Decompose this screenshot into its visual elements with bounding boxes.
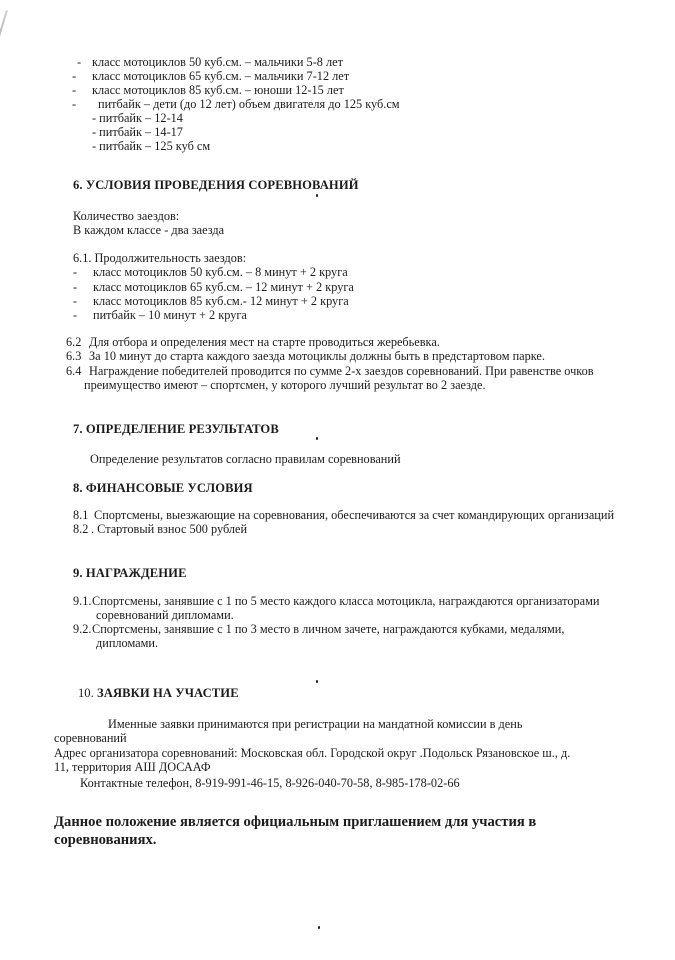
list-item: питбайк – дети (до 12 лет) объем двигате… [98,97,400,112]
list-item: класс мотоциклов 85 куб.см. – юноши 12-1… [92,83,344,98]
paragraph-text: дипломами. [96,636,158,651]
list-bullet: - [73,280,77,295]
section-heading: ЗАЯВКИ НА УЧАСТИЕ [97,686,239,701]
scan-pen-mark [0,10,8,68]
organizer-address: Адрес организатора соревнований: Московс… [54,746,570,761]
paragraph-number: 6.4 [66,364,81,379]
list-item: класс мотоциклов 50 куб.см. – мальчики 5… [92,55,343,70]
list-bullet: - [73,308,77,323]
closing-line: соревнованиях. [54,831,156,849]
list-subitem: - питбайк – 125 куб см [92,139,210,154]
list-item: класс мотоциклов 85 куб.см.- 12 минут + … [93,294,349,309]
paragraph-number: 9.1. [73,594,91,609]
list-subitem: - питбайк – 12-14 [92,111,183,126]
section-heading: 7. ОПРЕДЕЛЕНИЕ РЕЗУЛЬТАТОВ [73,422,279,437]
paragraph-number: 9.2. [73,622,91,637]
paragraph-number: 8.2 [73,522,88,537]
heats-label: Количество заездов: [73,209,179,224]
list-bullet: - [73,265,77,280]
paragraph-text: Спортсмены, выезжающие на соревнования, … [94,508,614,523]
list-item: класс мотоциклов 65 куб.см. – мальчики 7… [92,69,349,84]
paragraph-number: 6.2 [66,335,81,350]
contact-phones: Контактные телефон, 8-919-991-46-15, 8-9… [80,776,460,791]
paragraph-number: 6.3 [66,349,81,364]
closing-line: Данное положение является официальным пр… [54,813,536,831]
scan-speck [316,194,318,197]
paragraph-text: . Стартовый взнос 500 рублей [91,522,247,537]
scan-speck [316,680,318,683]
paragraph-text: Определение результатов согласно правила… [90,452,401,467]
scan-speck [318,926,320,929]
list-item: - [77,55,81,70]
section-heading: 8. ФИНАНСОВЫЕ УСЛОВИЯ [73,481,253,496]
paragraph-text: преимущество имеют – спортсмен, у которо… [84,378,486,393]
list-item: класс мотоциклов 50 куб.см. – 8 минут + … [93,265,348,280]
paragraph-text: Награждение победителей проводится по су… [89,364,594,379]
paragraph-number: 8.1 [73,508,88,523]
paragraph-text: соревнований [54,731,127,746]
paragraph-text: За 10 минут до старта каждого заезда мот… [89,349,545,364]
paragraph-text: Спортсмены, занявшие с 1 по 3 место в ли… [92,622,564,637]
scan-speck [316,437,318,440]
list-bullet: - [72,83,76,98]
paragraph-text: Именные заявки принимаются при регистрац… [108,717,522,732]
section-heading-number: 10. [78,686,94,701]
organizer-address: 11, территория АШ ДОСААФ [54,760,211,775]
section-heading: 9. НАГРАЖДЕНИЕ [73,566,187,581]
paragraph-text: Для отбора и определения мест на старте … [89,335,440,350]
list-bullet: - [73,294,77,309]
heats-value: В каждом классе - два заезда [73,223,224,238]
list-subitem: - питбайк – 14-17 [92,125,183,140]
list-item: питбайк – 10 минут + 2 круга [93,308,247,323]
list-bullet: - [72,97,76,112]
list-bullet: - [72,69,76,84]
paragraph-text: Спортсмены, занявшие с 1 по 5 место кажд… [92,594,600,609]
paragraph-title: 6.1. Продолжительность заездов: [73,251,246,266]
list-item: класс мотоциклов 65 куб.см. – 12 минут +… [93,280,354,295]
section-heading: 6. УСЛОВИЯ ПРОВЕДЕНИЯ СОРЕВНОВАНИЙ [73,178,359,193]
paragraph-text: соревнований дипломами. [96,608,234,623]
